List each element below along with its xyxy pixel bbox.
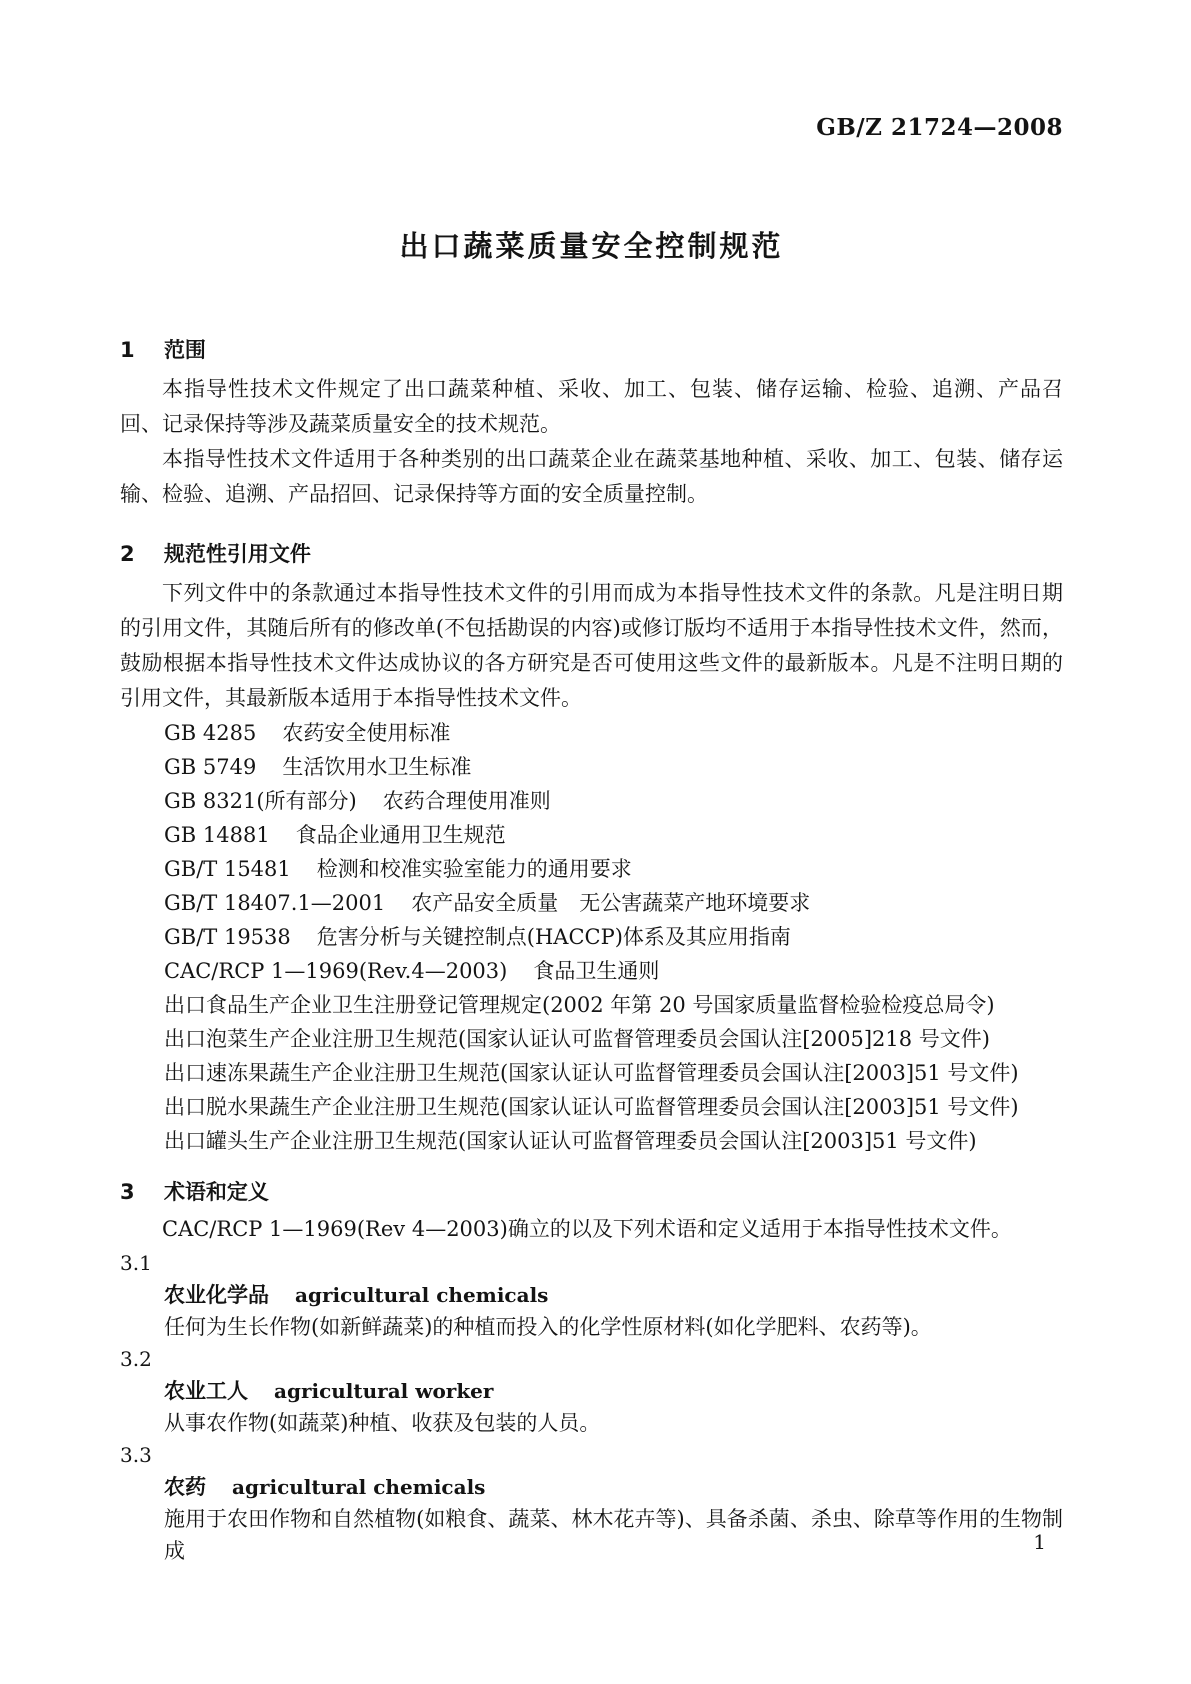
term-3-2: 3.2 农业工人agricultural worker 从事农作物(如蔬菜)种植… [120, 1343, 1063, 1439]
page-title: 出口蔬菜质量安全控制规范 [120, 224, 1063, 268]
section-3-intro: CAC/RCP 1—1969(Rev 4—2003)确立的以及下列术语和定义适用… [120, 1212, 1063, 1247]
section-1-paragraph-1: 本指导性技术文件规定了出口蔬菜种植、采收、加工、包装、储存运输、检验、追溯、产品… [120, 372, 1063, 442]
reference-code: GB/T 19538 [164, 925, 291, 949]
reference-title: 危害分析与关键控制点(HACCP)体系及其应用指南 [317, 925, 791, 949]
term-name-en: agricultural worker [274, 1379, 493, 1403]
term-heading: 农业化学品agricultural chemicals [120, 1279, 1063, 1311]
reference-item: GB 14881食品企业通用卫生规范 [120, 818, 1063, 852]
section-2-title: 规范性引用文件 [164, 538, 311, 570]
term-name-zh: 农药 [164, 1475, 206, 1499]
section-2-intro: 下列文件中的条款通过本指导性技术文件的引用而成为本指导性技术文件的条款。凡是注明… [120, 576, 1063, 716]
reference-item: 出口食品生产企业卫生注册登记管理规定(2002 年第 20 号国家质量监督检验检… [120, 988, 1063, 1022]
section-3-heading: 3 术语和定义 [120, 1176, 1063, 1208]
section-3-title: 术语和定义 [164, 1176, 269, 1208]
term-definition: 从事农作物(如蔬菜)种植、收获及包装的人员。 [120, 1407, 1063, 1439]
reference-title: 出口脱水果蔬生产企业注册卫生规范(国家认证认可监督管理委员会国认注[2003]5… [164, 1095, 1019, 1119]
section-1-number: 1 [120, 334, 135, 366]
reference-code: GB/T 18407.1—2001 [164, 891, 385, 915]
document-page: GB/Z 21724—2008 出口蔬菜质量安全控制规范 1 范围 本指导性技术… [0, 0, 1191, 1684]
reference-item: 出口速冻果蔬生产企业注册卫生规范(国家认证认可监督管理委员会国认注[2003]5… [120, 1056, 1063, 1090]
term-number: 3.1 [120, 1247, 1063, 1279]
section-1-heading: 1 范围 [120, 334, 1063, 366]
reference-title: 生活饮用水卫生标准 [282, 755, 471, 779]
reference-title: 出口罐头生产企业注册卫生规范(国家认证认可监督管理委员会国认注[2003]51 … [164, 1129, 977, 1153]
reference-item: CAC/RCP 1—1969(Rev.4—2003)食品卫生通则 [120, 954, 1063, 988]
term-name-en: agricultural chemicals [232, 1475, 485, 1499]
reference-item: 出口泡菜生产企业注册卫生规范(国家认证认可监督管理委员会国认注[2005]218… [120, 1022, 1063, 1056]
term-heading: 农业工人agricultural worker [120, 1375, 1063, 1407]
term-3-3: 3.3 农药agricultural chemicals 施用于农田作物和自然植… [120, 1439, 1063, 1567]
reference-title: 出口速冻果蔬生产企业注册卫生规范(国家认证认可监督管理委员会国认注[2003]5… [164, 1061, 1019, 1085]
doc-code: GB/Z 21724—2008 [120, 116, 1063, 140]
reference-title: 出口食品生产企业卫生注册登记管理规定(2002 年第 20 号国家质量监督检验检… [164, 993, 995, 1017]
section-1-title: 范围 [164, 334, 206, 366]
term-name-en: agricultural chemicals [295, 1283, 548, 1307]
term-number: 3.2 [120, 1343, 1063, 1375]
section-3-number: 3 [120, 1176, 135, 1208]
reference-title: 食品企业通用卫生规范 [296, 823, 506, 847]
reference-item: GB/T 18407.1—2001农产品安全质量 无公害蔬菜产地环境要求 [120, 886, 1063, 920]
term-definition: 任何为生长作物(如新鲜蔬菜)的种植而投入的化学性原材料(如化学肥料、农药等)。 [120, 1311, 1063, 1343]
reference-item: GB 4285农药安全使用标准 [120, 716, 1063, 750]
reference-title: 农药合理使用准则 [383, 789, 551, 813]
section-2-heading: 2 规范性引用文件 [120, 538, 1063, 570]
reference-item: GB 5749生活饮用水卫生标准 [120, 750, 1063, 784]
term-heading: 农药agricultural chemicals [120, 1471, 1063, 1503]
reference-item: GB/T 19538危害分析与关键控制点(HACCP)体系及其应用指南 [120, 920, 1063, 954]
term-name-zh: 农业工人 [164, 1379, 248, 1403]
term-number: 3.3 [120, 1439, 1063, 1471]
page-number: 1 [1033, 1530, 1046, 1554]
reference-title: 食品卫生通则 [533, 959, 659, 983]
reference-title: 出口泡菜生产企业注册卫生规范(国家认证认可监督管理委员会国认注[2005]218… [164, 1027, 990, 1051]
section-2-number: 2 [120, 538, 135, 570]
reference-code: CAC/RCP 1—1969(Rev.4—2003) [164, 959, 507, 983]
reference-title: 农产品安全质量 无公害蔬菜产地环境要求 [411, 891, 810, 915]
term-definition: 施用于农田作物和自然植物(如粮食、蔬菜、林木花卉等)、具备杀菌、杀虫、除草等作用… [120, 1503, 1063, 1567]
reference-item: 出口罐头生产企业注册卫生规范(国家认证认可监督管理委员会国认注[2003]51 … [120, 1124, 1063, 1158]
reference-title: 农药安全使用标准 [282, 721, 450, 745]
reference-item: 出口脱水果蔬生产企业注册卫生规范(国家认证认可监督管理委员会国认注[2003]5… [120, 1090, 1063, 1124]
term-3-1: 3.1 农业化学品agricultural chemicals 任何为生长作物(… [120, 1247, 1063, 1343]
section-1-paragraph-2: 本指导性技术文件适用于各种类别的出口蔬菜企业在蔬菜基地种植、采收、加工、包装、储… [120, 442, 1063, 512]
reference-code: GB 4285 [164, 721, 256, 745]
reference-list: GB 4285农药安全使用标准 GB 5749生活饮用水卫生标准 GB 8321… [120, 716, 1063, 1158]
reference-code: GB/T 15481 [164, 857, 291, 881]
reference-code: GB 8321(所有部分) [164, 789, 357, 813]
reference-code: GB 5749 [164, 755, 256, 779]
reference-code: GB 14881 [164, 823, 270, 847]
reference-item: GB 8321(所有部分)农药合理使用准则 [120, 784, 1063, 818]
reference-title: 检测和校准实验室能力的通用要求 [317, 857, 632, 881]
reference-item: GB/T 15481检测和校准实验室能力的通用要求 [120, 852, 1063, 886]
term-name-zh: 农业化学品 [164, 1283, 269, 1307]
